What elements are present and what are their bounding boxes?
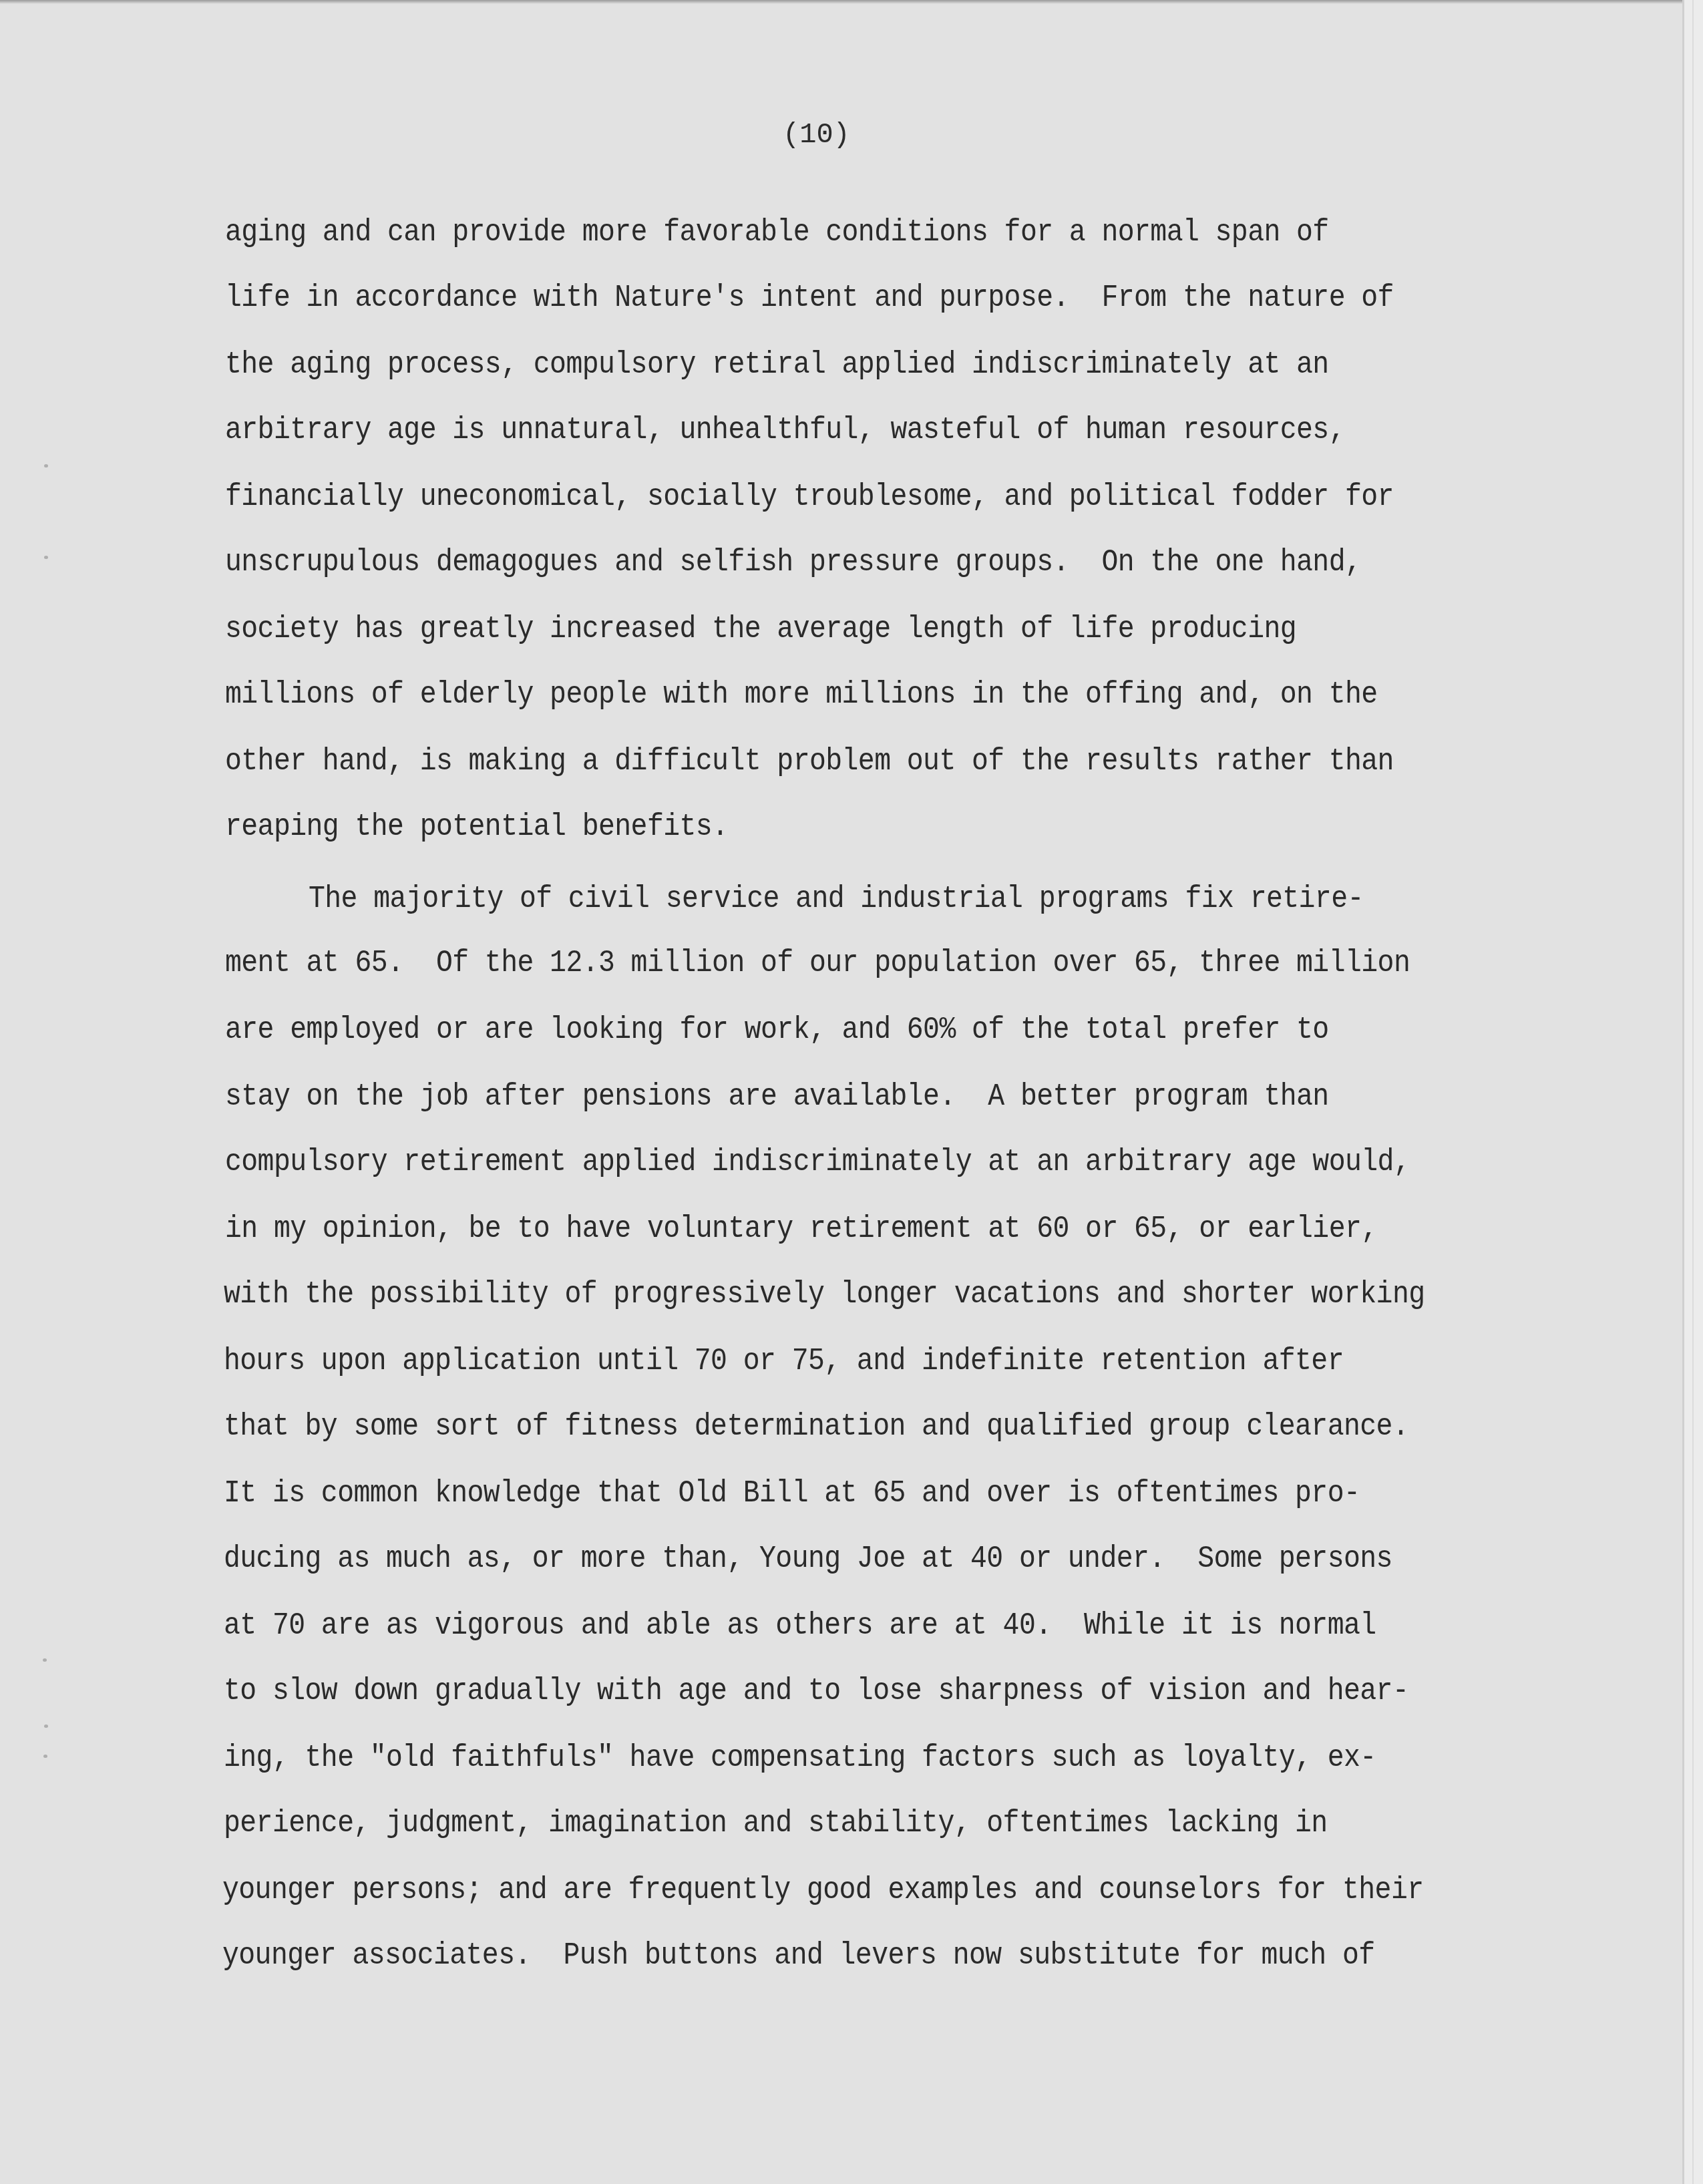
text-line: reaping the potential benefits. — [225, 811, 728, 842]
text-line: life in accordance with Nature's intent … — [225, 283, 1394, 313]
text-line: stay on the job after pensions are avail… — [225, 1081, 1329, 1112]
text-line: that by some sort of fitness determinati… — [224, 1411, 1408, 1442]
scan-speck — [44, 556, 48, 559]
text-line: are employed or are looking for work, an… — [225, 1015, 1329, 1045]
scan-speck — [43, 1658, 47, 1662]
text-line: with the possibility of progressively lo… — [224, 1279, 1425, 1310]
text-line: ment at 65. Of the 12.3 million of our p… — [225, 948, 1410, 978]
text-line: aging and can provide more favorable con… — [225, 217, 1329, 248]
text-line: in my opinion, be to have voluntary reti… — [225, 1214, 1378, 1244]
page-number: (10) — [783, 119, 850, 151]
text-line: younger persons; and are frequently good… — [222, 1875, 1424, 1905]
text-line: It is common knowledge that Old Bill at … — [224, 1478, 1360, 1509]
text-line: compulsory retirement applied indiscrimi… — [225, 1147, 1410, 1177]
text-line-indented: The majority of civil service and indust… — [309, 884, 1364, 914]
page-top-shadow — [0, 0, 1684, 4]
text-line: ing, the "old faithfuls" have compensati… — [224, 1743, 1376, 1773]
text-line: other hand, is making a difficult proble… — [225, 746, 1394, 777]
text-line: millions of elderly people with more mil… — [225, 679, 1378, 710]
scan-speck — [44, 464, 48, 468]
scan-speck — [43, 1755, 47, 1758]
text-line: to slow down gradually with age and to l… — [224, 1676, 1408, 1706]
text-line: the aging process, compulsory retiral ap… — [225, 349, 1329, 380]
document-page: (10) aging and can provide more favorabl… — [0, 0, 1703, 2184]
text-line: society has greatly increased the averag… — [225, 614, 1296, 645]
text-line: hours upon application until 70 or 75, a… — [224, 1346, 1344, 1377]
text-line: financially uneconomical, socially troub… — [225, 482, 1394, 512]
scan-speck — [44, 1724, 48, 1728]
text-line: ducing as much as, or more than, Young J… — [224, 1543, 1392, 1574]
text-line: perience, judgment, imagination and stab… — [224, 1808, 1328, 1839]
text-line: arbitrary age is unnatural, unhealthful,… — [225, 415, 1345, 445]
text-line: unscrupulous demagogues and selfish pres… — [225, 547, 1361, 578]
text-line: younger associates. Push buttons and lev… — [222, 1940, 1375, 1971]
text-line: at 70 are as vigorous and able as others… — [224, 1610, 1376, 1641]
page-right-edge — [1682, 0, 1703, 2184]
